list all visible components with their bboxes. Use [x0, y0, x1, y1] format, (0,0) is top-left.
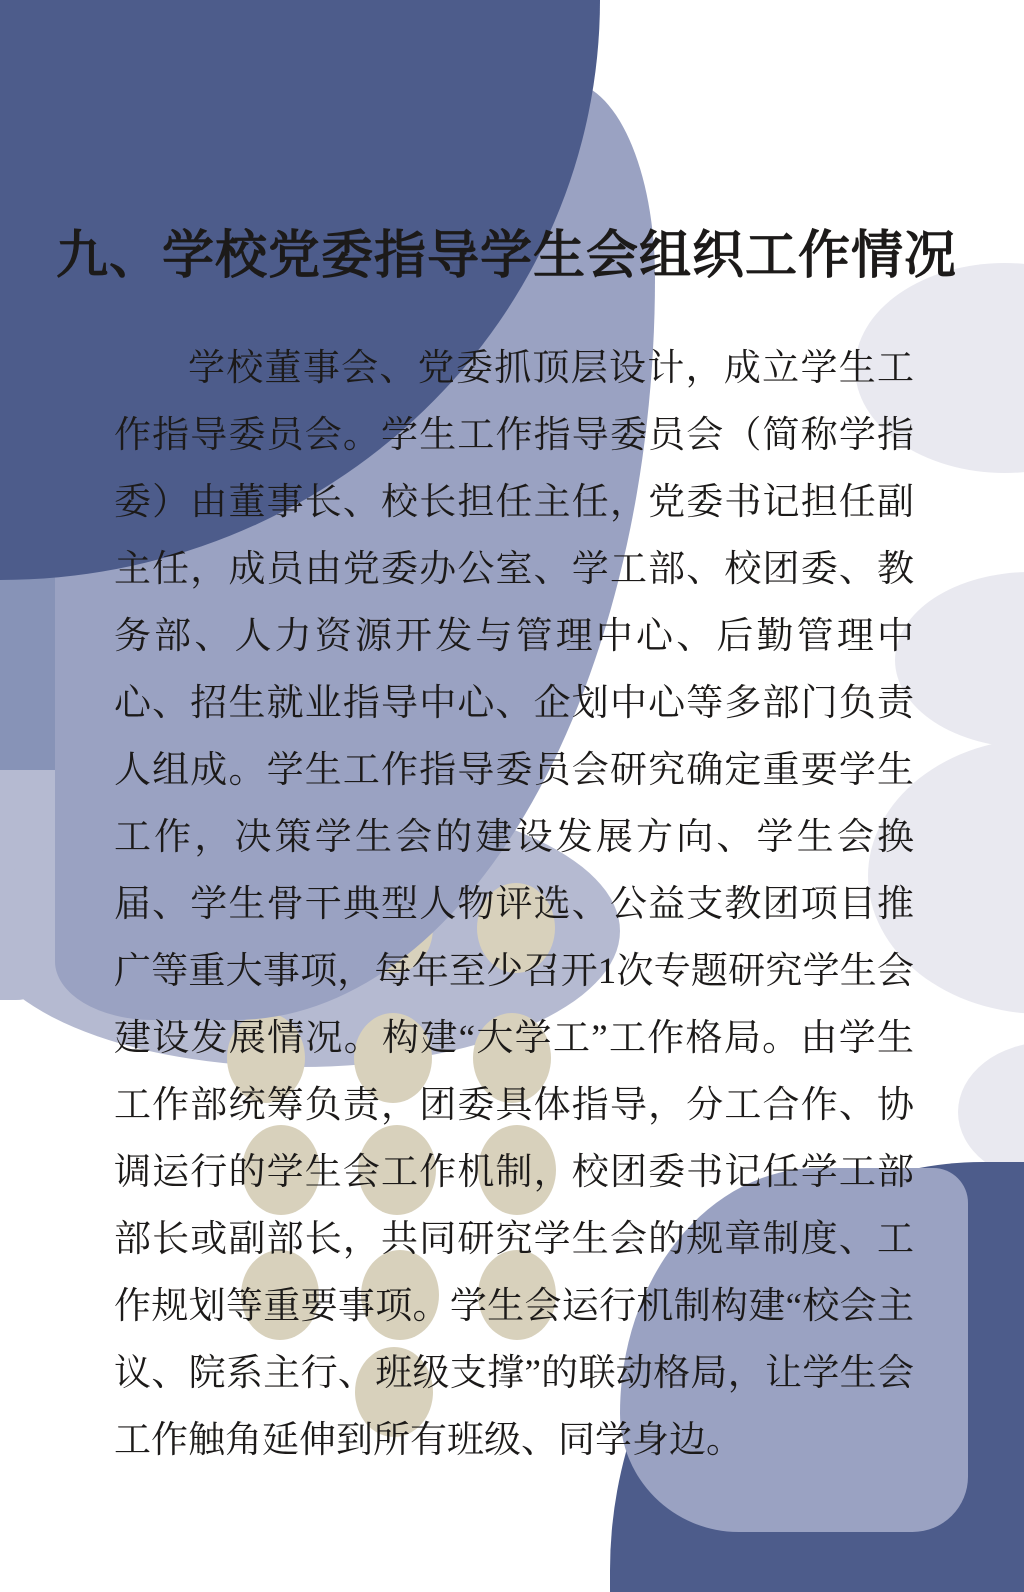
decor-gray-blob [958, 1042, 1024, 1182]
decor-left-strip-medium [0, 560, 56, 775]
document-page: 九、学校党委指导学生会组织工作情况 学校董事会、党委抓顶层设计，成立学生工作指导… [0, 0, 1024, 1592]
body-paragraph: 学校董事会、党委抓顶层设计，成立学生工作指导委员会。学生工作指导委员会（简称学指… [114, 335, 914, 1474]
page-title: 九、学校党委指导学生会组织工作情况 [56, 227, 968, 287]
decor-gray-blob [895, 572, 1024, 748]
